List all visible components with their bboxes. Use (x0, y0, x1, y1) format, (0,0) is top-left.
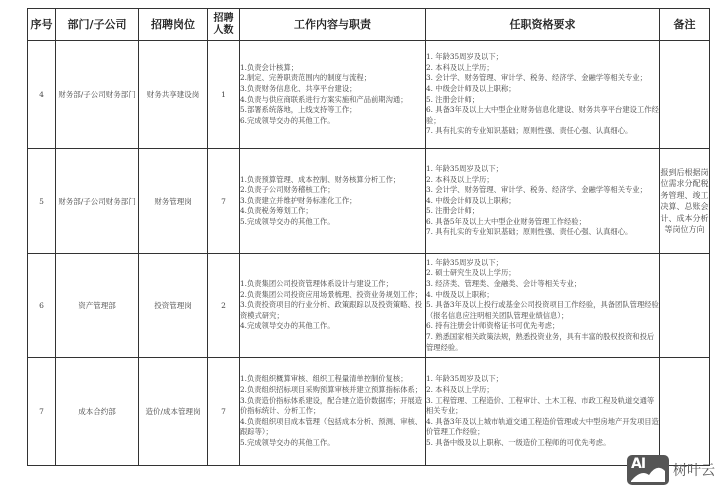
duty-item: 3.负责建立并维护财务标准化工作； (240, 196, 425, 207)
row-position: 造价/成本管理岗 (139, 358, 208, 466)
requirement-item: 2. 本科及以上学历； (426, 385, 659, 396)
requirement-item: 3. 会计学、财务管理、审计学、税务、经济学、金融学等相关专业； (426, 73, 659, 84)
table-header-row: 序号 部门/子公司 招聘岗位 招聘人数 工作内容与职责 任职资格要求 备注 (28, 9, 710, 41)
duty-item: 4.负责组织项目成本管理（包括成本分析、预测、审核、跟踪等）； (240, 417, 425, 438)
requirement-item: 7. 具有扎实的专业知识基础；原则性强、责任心强、认真细心。 (426, 227, 659, 238)
requirement-item: 2. 本科及以上学历； (426, 175, 659, 186)
row-position: 财务管理岗 (139, 149, 208, 254)
requirement-item: 5. 具备3年及以上投行或基金公司投资项目工作经验，具备团队管理经验（报名信息应… (426, 300, 659, 321)
row-notes (660, 41, 710, 149)
row-duties: 1.负责组织概算审核、组织工程量清单控制价复核； 2.负责组织招标项目采购预算审… (240, 358, 426, 466)
row-requirements: 1. 年龄35周岁及以下； 2. 本科及以上学历； 3. 会计学、财务管理、审计… (426, 41, 660, 149)
header-requirements: 任职资格要求 (426, 9, 660, 41)
requirement-item: 1. 年龄35周岁及以下； (426, 374, 659, 385)
row-headcount: 2 (208, 254, 240, 358)
duty-item: 5.部署系统落地，上线支持等工作； (240, 105, 425, 116)
requirement-item: 4. 中级会计师及以上职称； (426, 84, 659, 95)
requirement-item: 2. 本科及以上学历； (426, 63, 659, 74)
row-duties: 1.负责会计核算； 2.制定、完善职责范围内的制度与流程； 3.负责财务信息化、… (240, 41, 426, 149)
watermark-brand: 树叶云 (673, 460, 715, 480)
row-headcount: 7 (208, 149, 240, 254)
requirement-item: 5. 注册会计师； (426, 206, 659, 217)
requirement-item: 5. 具备中级及以上职称、一级造价工程师的可优先考虑。 (426, 438, 659, 449)
row-requirements: 1. 年龄35周岁及以下； 2. 硕士研究生及以上学历； 3. 经济类、管理类、… (426, 254, 660, 358)
duty-item: 1.负责组织概算审核、组织工程量清单控制价复核； (240, 374, 425, 385)
requirement-item: 2. 硕士研究生及以上学历； (426, 268, 659, 279)
duty-item: 1.负责预算管理、成本控制、财务核算分析工作； (240, 175, 425, 186)
duty-item: 1.负责集团公司投资管理体系设计与建设工作； (240, 279, 425, 290)
requirement-item: 3. 会计学、财务管理、审计学、税务、经济学、金融学等相关专业； (426, 185, 659, 196)
requirement-item: 3. 工程管理、工程造价、工程审计、土木工程、市政工程及轨道交通等相关专业； (426, 396, 659, 417)
watermark: AI 树叶云 (627, 455, 715, 485)
requirement-item: 1. 年龄35周岁及以下； (426, 52, 659, 63)
row-duties: 1.负责预算管理、成本控制、财务核算分析工作； 2.负责子公司财务稽核工作； 3… (240, 149, 426, 254)
row-headcount: 7 (208, 358, 240, 466)
requirement-item: 7. 熟悉国家相关政策法规，熟悉投资业务，具有丰富的股权投资和投后管理经验。 (426, 332, 659, 353)
row-department: 财务部/子公司财务部门 (56, 149, 139, 254)
requirement-item: 4. 中级及以上职称； (426, 290, 659, 301)
row-index: 7 (28, 358, 56, 466)
duty-item: 4.负责税务筹划工作； (240, 206, 425, 217)
row-notes: 报到后根据岗位需求分配税务管理、竣工决算、总账会计、成本分析等岗位方向 (660, 149, 710, 254)
duty-item: 4.完成领导交办的其他工作。 (240, 321, 425, 332)
table-row: 7 成本合约部 造价/成本管理岗 7 1.负责组织概算审核、组织工程量清单控制价… (28, 358, 710, 466)
duty-item: 3.负责财务信息化、共享平台建设； (240, 84, 425, 95)
duty-item: 5.完成领导交办的其他工作。 (240, 438, 425, 449)
duty-item: 2.负责集团公司投资应用场景梳理、投资业务规划工作； (240, 290, 425, 301)
duty-item: 2.制定、完善职责范围内的制度与流程； (240, 73, 425, 84)
row-index: 5 (28, 149, 56, 254)
duty-item: 3.负责投资项目的行业分析、政策跟踪以及投资策略、投资模式研究； (240, 300, 425, 321)
duty-item: 2.负责组织招标项目采购预算审核并建立预算指标体系； (240, 385, 425, 396)
table-row: 4 财务部/子公司财务部门 财务共享建设岗 1 1.负责会计核算； 2.制定、完… (28, 41, 710, 149)
duty-item: 3.负责造价指标体系建设，配合建立造价数据库；开展造价指标统计、分析工作； (240, 396, 425, 417)
header-department: 部门/子公司 (56, 9, 139, 41)
row-notes (660, 254, 710, 358)
requirement-item: 4. 中级会计师及以上职称； (426, 196, 659, 207)
row-department: 资产管理部 (56, 254, 139, 358)
header-headcount: 招聘人数 (208, 9, 240, 41)
row-headcount: 1 (208, 41, 240, 149)
row-index: 4 (28, 41, 56, 149)
requirement-item: 6. 具备5年及以上大中型企业财务管理工作经验； (426, 217, 659, 228)
duty-item: 4.负责与供应商联系进行方案实施和产品前期沟通； (240, 95, 425, 106)
row-requirements: 1. 年龄35周岁及以下； 2. 本科及以上学历； 3. 会计学、财务管理、审计… (426, 149, 660, 254)
header-notes: 备注 (660, 9, 710, 41)
row-notes (660, 358, 710, 466)
requirement-item: 6. 持有注册会计师资格证书可优先考虑； (426, 321, 659, 332)
duty-item: 5.完成领导交办的其他工作。 (240, 217, 425, 228)
row-department: 财务部/子公司财务部门 (56, 41, 139, 149)
table-row: 5 财务部/子公司财务部门 财务管理岗 7 1.负责预算管理、成本控制、财务核算… (28, 149, 710, 254)
requirement-item: 6. 具备3年及以上大中型企业财务信息化建设、财务共享平台建设工作经验； (426, 105, 659, 126)
row-index: 6 (28, 254, 56, 358)
duty-item: 6.完成领导交办的其他工作。 (240, 116, 425, 127)
requirement-item: 5. 注册会计师； (426, 95, 659, 106)
duty-item: 1.负责会计核算； (240, 63, 425, 74)
row-position: 财务共享建设岗 (139, 41, 208, 149)
requirement-item: 1. 年龄35周岁及以下； (426, 164, 659, 175)
row-requirements: 1. 年龄35周岁及以下； 2. 本科及以上学历； 3. 工程管理、工程造价、工… (426, 358, 660, 466)
requirement-item: 1. 年龄35周岁及以下； (426, 258, 659, 269)
table-row: 6 资产管理部 投资管理岗 2 1.负责集团公司投资管理体系设计与建设工作； 2… (28, 254, 710, 358)
duty-item: 2.负责子公司财务稽核工作； (240, 185, 425, 196)
recruitment-table: 序号 部门/子公司 招聘岗位 招聘人数 工作内容与职责 任职资格要求 备注 4 … (27, 8, 710, 466)
row-department: 成本合约部 (56, 358, 139, 466)
header-index: 序号 (28, 9, 56, 41)
header-duties: 工作内容与职责 (240, 9, 426, 41)
requirement-item: 4. 具备3年及以上城市轨道交通工程造价管理或大中型房地产开发项目造价管理工作经… (426, 417, 659, 438)
requirement-item: 3. 经济类、管理类、金融类、会计等相关专业； (426, 279, 659, 290)
row-position: 投资管理岗 (139, 254, 208, 358)
row-duties: 1.负责集团公司投资管理体系设计与建设工作； 2.负责集团公司投资应用场景梳理、… (240, 254, 426, 358)
mountain-icon (627, 455, 669, 485)
header-position: 招聘岗位 (139, 9, 208, 41)
ai-logo-icon: AI (627, 455, 669, 485)
requirement-item: 7. 具有扎实的专业知识基础；原则性强、责任心强、认真细心。 (426, 126, 659, 137)
